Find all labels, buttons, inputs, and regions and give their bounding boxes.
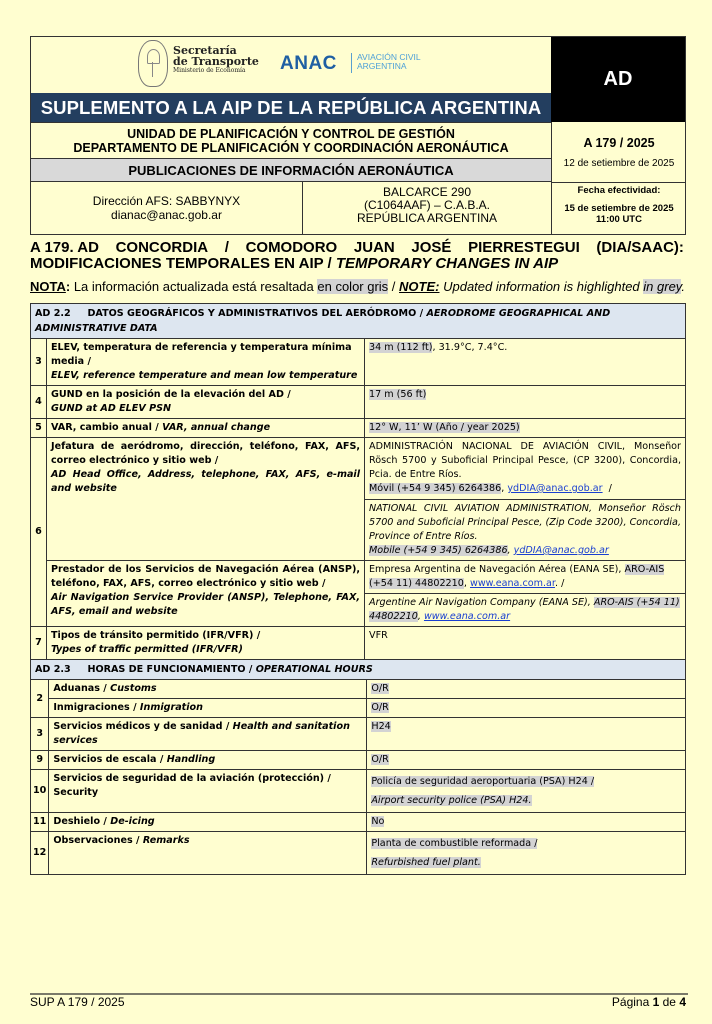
row-label: Tipos de tránsito permitido (IFR/VFR) /T… — [47, 627, 365, 660]
ansp-website-en[interactable]: www.eana.com.ar — [424, 611, 510, 622]
publications-heading: PUBLICACIONES DE INFORMACIÓN AERONÁUTICA — [31, 159, 551, 182]
ansp-es: Empresa Argentina de Navegación Aérea (E… — [369, 564, 625, 575]
title-word: (DIA/SAAC): — [596, 240, 684, 256]
afs-email: dianac@anac.gob.ar — [31, 208, 302, 222]
row-value: Planta de combustible reformada /Refurbi… — [367, 832, 686, 875]
title-word: JUAN — [354, 240, 395, 256]
mobile-es: Móvil (+54 9 345) 6264386 — [369, 483, 501, 494]
title-en: TEMPORARY CHANGES IN AIP — [336, 255, 558, 272]
ansp-en: Argentine Air Navigation Company (EANA S… — [369, 597, 594, 608]
table-row: 7 Tipos de tránsito permitido (IFR/VFR) … — [31, 627, 686, 660]
row-number: 4 — [31, 386, 47, 419]
effective-label: Fecha efectividad: — [552, 182, 686, 196]
ansp-label-es: Prestador de los Servicios de Navegación… — [51, 563, 360, 591]
table-row: 3 ELEV, temperatura de referencia y temp… — [31, 339, 686, 386]
footer-reference: SUP A 179 / 2025 — [30, 995, 125, 1009]
row-number: 5 — [31, 419, 47, 438]
row-label: Aduanas / Customs — [49, 680, 367, 699]
row-value: Empresa Argentina de Navegación Aérea (E… — [365, 561, 686, 627]
row-label: ELEV, temperatura de referencia y temper… — [47, 339, 365, 386]
ad22-table: AD 2.2 DATOS GEOGRÁFICOS Y ADMINISTRATIV… — [30, 303, 686, 679]
label-en: VAR, annual change — [162, 422, 270, 433]
address-line3: REPÚBLICA ARGENTINA — [303, 212, 551, 225]
ad23-title-es: HORAS DE FUNCIONAMIENTO / — [87, 664, 255, 675]
row-label: Deshielo / De-icing — [49, 813, 367, 832]
mobile-en: Mobile (+54 9 345) 6264386 — [369, 545, 508, 556]
table-row: Inmigraciones / Inmigration O/R — [31, 699, 686, 718]
row-value: Policía de seguridad aeroportuaria (PSA)… — [367, 770, 686, 813]
ad22-code: AD 2.2 — [35, 308, 71, 319]
ad22-header-cell: AD 2.2 DATOS GEOGRÁFICOS Y ADMINISTRATIV… — [31, 304, 686, 339]
label-es: Deshielo / — [53, 816, 110, 827]
row-label: GUND en la posición de la elevación del … — [47, 386, 365, 419]
afs-address: Dirección AFS: SABBYNYX — [31, 194, 302, 208]
supplement-number: A 179 / 2025 — [552, 136, 686, 150]
ministry-line3: Ministerio de Economía — [173, 67, 259, 75]
label-en: Customs — [110, 683, 156, 694]
ad22-header: AD 2.2 DATOS GEOGRÁFICOS Y ADMINISTRATIV… — [31, 304, 686, 339]
supplement-title-band: SUPLEMENTO A LA AIP DE LA REPÚBLICA ARGE… — [31, 93, 551, 122]
label-es: Inmigraciones / — [53, 702, 140, 713]
value-highlight: H24 — [371, 721, 390, 732]
row-value: O/R — [367, 699, 686, 718]
section-code-box: AD — [551, 37, 685, 122]
anac-subtitle: AVIACIÓN CIVIL ARGENTINA — [357, 53, 421, 71]
note-label-en: NOTE: — [399, 279, 439, 294]
unit-line2: DEPARTAMENTO DE PLANIFICACIÓN Y COORDINA… — [31, 141, 551, 155]
value-highlight: 12° W, 11’ W (Año / year 2025) — [369, 422, 520, 433]
label-en: Handling — [167, 754, 215, 765]
ad22-title-es: DATOS GEOGRÁFICOS Y ADMINISTRATIVOS DEL … — [87, 308, 426, 319]
ministry-line2: de Transporte — [173, 56, 259, 67]
note-label-es: NOTA — [30, 279, 66, 294]
label-es: Servicios de escala / — [53, 754, 166, 765]
label-es: Aduanas / — [53, 683, 110, 694]
logo-area: Secretaría de Transporte Ministerio de E… — [31, 37, 551, 93]
ad23-header-cell: AD 2.3 HORAS DE FUNCIONAMIENTO / OPERATI… — [31, 660, 686, 680]
title-line1: A 179. ADCONCORDIA/COMODOROJUANJOSÉPIERR… — [30, 240, 684, 256]
row-number: 7 — [31, 627, 47, 660]
note: NOTA: La información actualizada está re… — [30, 279, 690, 294]
ad23-title-en: OPERATIONAL HOURS — [256, 664, 373, 675]
note-text-en: Updated information is highlighted — [439, 279, 643, 294]
coat-of-arms-icon — [138, 40, 168, 87]
row-label: Observaciones / Remarks — [49, 832, 367, 875]
email-link-es[interactable]: ydDIA@anac.gob.ar — [507, 483, 602, 494]
table-row: 9 Servicios de escala / Handling O/R — [31, 751, 686, 770]
head-office-en: NATIONAL CIVIL AVIATION ADMINISTRATION, … — [365, 499, 685, 544]
note-highlight-es: en color gris — [317, 279, 388, 294]
value-highlight: O/R — [371, 702, 388, 713]
title-es: MODIFICACIONES TEMPORALES EN AIP / — [30, 255, 336, 272]
value-highlight: 34 m (112 ft) — [369, 342, 432, 353]
row-value: No — [367, 813, 686, 832]
effective-time-value: 11:00 UTC — [552, 214, 686, 225]
note-highlight-en: in grey — [643, 279, 681, 294]
table-row: 6 Jefatura de aeródromo, dirección, telé… — [31, 438, 686, 561]
title-word: / — [225, 240, 229, 256]
label-en: Types of traffic permitted (IFR/VFR) — [51, 643, 360, 657]
row-label: Prestador de los Servicios de Navegación… — [47, 561, 365, 627]
page-label: Página — [612, 995, 653, 1009]
table-row: 10 Servicios de seguridad de la aviación… — [31, 770, 686, 813]
table-row: 3 Servicios médicos y de sanidad / Healt… — [31, 718, 686, 751]
label-es: Jefatura de aeródromo, dirección, teléfo… — [51, 440, 360, 468]
value-highlight: 17 m (56 ft) — [369, 389, 426, 400]
value-text: , 31.9°C, 7.4°C. — [432, 342, 507, 353]
head-office-es: ADMINISTRACIÓN NACIONAL DE AVIACIÓN CIVI… — [369, 440, 681, 482]
row-label: Jefatura de aeródromo, dirección, teléfo… — [47, 438, 365, 561]
label-en: Inmigration — [140, 702, 203, 713]
table-row: 2 Aduanas / Customs O/R — [31, 680, 686, 699]
row-number: 11 — [31, 813, 49, 832]
ansp-label-en: Air Navigation Service Provider (ANSP), … — [51, 591, 360, 619]
value-highlight: O/R — [371, 683, 388, 694]
row-value: O/R — [367, 751, 686, 770]
table-row: 5 VAR, cambio anual / VAR, annual change… — [31, 419, 686, 438]
table-row: 4 GUND en la posición de la elevación de… — [31, 386, 686, 419]
row-value: 17 m (56 ft) — [365, 386, 686, 419]
title-line2: MODIFICACIONES TEMPORALES EN AIP / TEMPO… — [30, 256, 684, 272]
row-value: 34 m (112 ft), 31.9°C, 7.4°C. — [365, 339, 686, 386]
value-en: Refurbished fuel plant. — [371, 857, 480, 868]
row-label: Servicios de seguridad de la aviación (p… — [49, 770, 367, 813]
row-number: 2 — [31, 680, 49, 718]
table-row: 11 Deshielo / De-icing No — [31, 813, 686, 832]
value-highlight: O/R — [371, 754, 388, 765]
effective-date: 15 de setiembre de 2025 11:00 UTC — [552, 203, 686, 225]
afs-contact: Dirección AFS: SABBYNYX dianac@anac.gob.… — [31, 182, 303, 234]
row-number: 3 — [31, 339, 47, 386]
page-of: de — [659, 995, 679, 1009]
row-value: VFR — [365, 627, 686, 660]
page-total: 4 — [679, 995, 686, 1009]
value-es: Planta de combustible reformada / — [371, 838, 537, 849]
effective-date-value: 15 de setiembre de 2025 — [552, 203, 686, 214]
note-text-es: La información actualizada está resaltad… — [70, 279, 317, 294]
label-es: Observaciones / — [53, 835, 143, 846]
label-es: Servicios médicos y de sanidad / — [53, 721, 232, 732]
label-es: Servicios de seguridad de la aviación (p… — [53, 773, 331, 798]
footer-divider — [30, 993, 688, 995]
table-row: Prestador de los Servicios de Navegación… — [31, 561, 686, 627]
publication-info: A 179 / 2025 12 de setiembre de 2025 Fec… — [551, 122, 685, 234]
postal-address: BALCARCE 290 (C1064AAF) – C.A.B.A. REPÚB… — [303, 182, 551, 234]
title-word: A 179. AD — [30, 240, 99, 256]
row-number: 12 — [31, 832, 49, 875]
page-indicator: Página 1 de 4 — [612, 995, 686, 1009]
label-en: De-icing — [110, 816, 154, 827]
unit-heading: UNIDAD DE PLANIFICACIÓN Y CONTROL DE GES… — [31, 122, 551, 159]
row-label: Servicios médicos y de sanidad / Health … — [49, 718, 367, 751]
label-en: Remarks — [143, 835, 190, 846]
title-word: COMODORO — [246, 240, 338, 256]
label-es: VAR, cambio anual / — [51, 422, 162, 433]
value-highlight: No — [371, 816, 384, 827]
note-separator: / — [388, 279, 399, 294]
title-word: JOSÉ — [411, 240, 451, 256]
label-es: ELEV, temperatura de referencia y temper… — [51, 341, 360, 369]
title-word: CONCORDIA — [116, 240, 209, 256]
ad23-code: AD 2.3 — [35, 664, 71, 675]
logo-divider — [351, 53, 352, 73]
document-header: Secretaría de Transporte Ministerio de E… — [30, 36, 686, 235]
email-link-en[interactable]: ydDIA@anac.gob.ar — [514, 545, 609, 556]
row-number: 3 — [31, 718, 49, 751]
ministry-logo: Secretaría de Transporte Ministerio de E… — [173, 45, 259, 75]
label-en: GUND at AD ELEV PSN — [51, 402, 360, 416]
table-row: 12 Observaciones / Remarks Planta de com… — [31, 832, 686, 875]
label-es: GUND en la posición de la elevación del … — [51, 388, 360, 402]
row-value: ADMINISTRACIÓN NACIONAL DE AVIACIÓN CIVI… — [365, 438, 686, 561]
ad23-table: AD 2.3 HORAS DE FUNCIONAMIENTO / OPERATI… — [30, 659, 686, 875]
value-es: Policía de seguridad aeroportuaria (PSA)… — [371, 776, 594, 787]
anac-sub2: ARGENTINA — [357, 62, 421, 71]
row-label: Servicios de escala / Handling — [49, 751, 367, 770]
supplement-title: A 179. ADCONCORDIA/COMODOROJUANJOSÉPIERR… — [30, 240, 684, 272]
issue-date: 12 de setiembre de 2025 — [552, 158, 686, 169]
label-en: ELEV, reference temperature and mean low… — [51, 369, 360, 383]
row-value: 12° W, 11’ W (Año / year 2025) — [365, 419, 686, 438]
ad23-header: AD 2.3 HORAS DE FUNCIONAMIENTO / OPERATI… — [31, 660, 686, 680]
ansp-website-es[interactable]: www.eana.com.ar — [470, 578, 555, 589]
row-number: 9 — [31, 751, 49, 770]
row-value: H24 — [367, 718, 686, 751]
title-word: PIERRESTEGUI — [468, 240, 580, 256]
row-value: O/R — [367, 680, 686, 699]
row-label: VAR, cambio anual / VAR, annual change — [47, 419, 365, 438]
label-es: Tipos de tránsito permitido (IFR/VFR) / — [51, 629, 360, 643]
row-number: 6 — [31, 438, 47, 627]
label-en: AD Head Office, Address, telephone, FAX,… — [51, 468, 360, 496]
row-number: 10 — [31, 770, 49, 813]
value-en: Airport security police (PSA) H24. — [371, 795, 531, 806]
anac-logo: ANAC — [280, 53, 337, 75]
note-end: . — [681, 279, 685, 294]
row-label: Inmigraciones / Inmigration — [49, 699, 367, 718]
unit-line1: UNIDAD DE PLANIFICACIÓN Y CONTROL DE GES… — [31, 127, 551, 141]
